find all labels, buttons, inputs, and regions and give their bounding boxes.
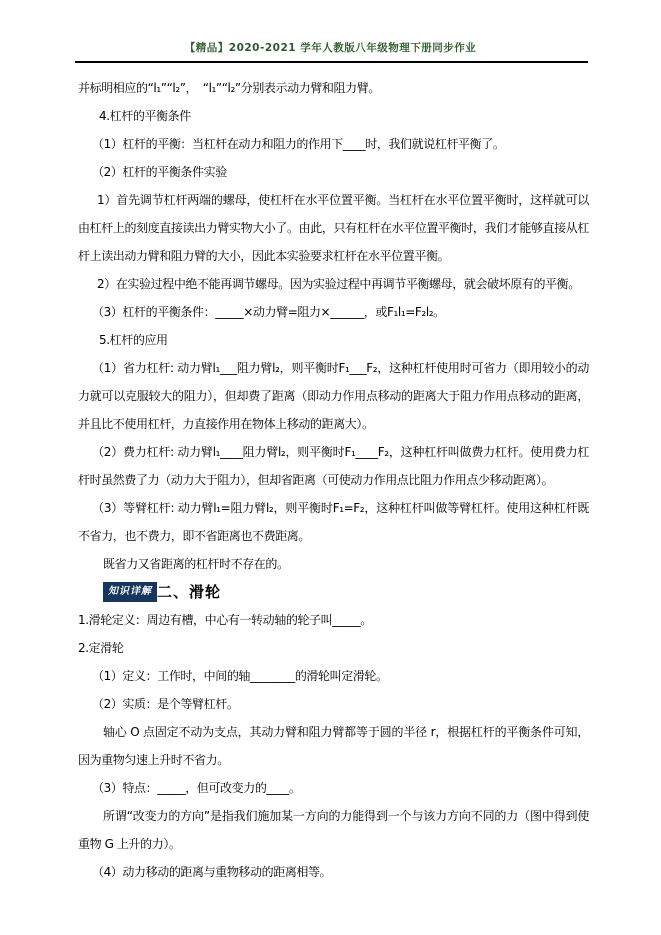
section-heading-pulley: 知识详解二、滑轮 <box>78 578 589 606</box>
paragraph-no-ideal-lever: 既省力又省距离的杠杆时不存在的。 <box>78 550 589 578</box>
paragraph-pulley-definition: 1.滑轮定义：周边有槽，中心有一转动轴的轮子叫_____。 <box>78 606 589 634</box>
paragraph-arm-labels: 并标明相应的“l₁”“l₂”， “l₁”“l₂”分别表示动力臂和阻力臂。 <box>78 74 589 102</box>
page-header: 【精品】2020-2021 学年人教版八年级物理下册同步作业 <box>0 0 661 63</box>
paragraph-distance-equal: （4）动力移动的距离与重物移动的距离相等。 <box>78 858 589 886</box>
paragraph-fixed-pulley-def: （1）定义：工作时，中间的轴________的滑轮叫定滑轮。 <box>78 662 589 690</box>
heading-balance-experiment: （2）杠杆的平衡条件实验 <box>78 158 589 186</box>
paragraph-fixed-pulley-essence: （2）实质：是个等臂杠杆。 <box>78 690 589 718</box>
paragraph-balance-formula: （3）杠杆的平衡条件：_____×动力臂=阻力×______，或F₁l₁=F₂l… <box>78 298 589 326</box>
heading-lever-balance-condition: 4.杠杆的平衡条件 <box>78 102 589 130</box>
worksheet-page: 【精品】2020-2021 学年人教版八年级物理下册同步作业 并标明相应的“l₁… <box>0 0 661 935</box>
knowledge-detail-badge: 知识详解 <box>103 582 157 602</box>
paragraph-experiment-step1: 1）首先调节杠杆两端的螺母，使杠杆在水平位置平衡。当杠杆在水平位置平衡时，这样就… <box>78 186 589 270</box>
paragraph-effort-saving-lever: （1）省力杠杆: 动力臂l₁___阻力臂l₂，则平衡时F₁___F₂，这种杠杆使… <box>78 354 589 438</box>
paragraph-change-direction-note: 所谓“改变力的方向”是指我们施加某一方向的力能得到一个与该力方向不同的力（图中得… <box>78 802 589 858</box>
header-title: 【精品】2020-2021 学年人教版八年级物理下册同步作业 <box>0 40 661 56</box>
heading-fixed-pulley: 2.定滑轮 <box>78 634 589 662</box>
paragraph-axle-fulcrum: 轴心 O 点固定不动为支点，其动力臂和阻力臂都等于圆的半径 r，根据杠杆的平衡条… <box>78 718 589 774</box>
paragraph-fixed-pulley-features: （3）特点：_____，但可改变力的____。 <box>78 774 589 802</box>
pulley-section-title: 二、滑轮 <box>157 578 221 606</box>
header-rule <box>75 61 588 63</box>
paragraph-lever-balance-def: （1）杠杆的平衡：当杠杆在动力和阻力的作用下____时，我们就说杠杆平衡了。 <box>78 130 589 158</box>
paragraph-effort-costing-lever: （2）费力杠杆: 动力臂l₁____阻力臂l₂，则平衡时F₁____F₂，这种杠… <box>78 438 589 494</box>
document-body: 并标明相应的“l₁”“l₂”， “l₁”“l₂”分别表示动力臂和阻力臂。 4.杠… <box>0 74 661 886</box>
paragraph-experiment-step2: 2）在实验过程中绝不能再调节螺母。因为实验过程中再调节平衡螺母，就会破坏原有的平… <box>78 270 589 298</box>
paragraph-equal-arm-lever: （3）等臂杠杆: 动力臂l₁=阻力臂l₂，则平衡时F₁=F₂，这种杠杆叫做等臂杠… <box>78 494 589 550</box>
heading-lever-applications: 5.杠杆的应用 <box>78 326 589 354</box>
